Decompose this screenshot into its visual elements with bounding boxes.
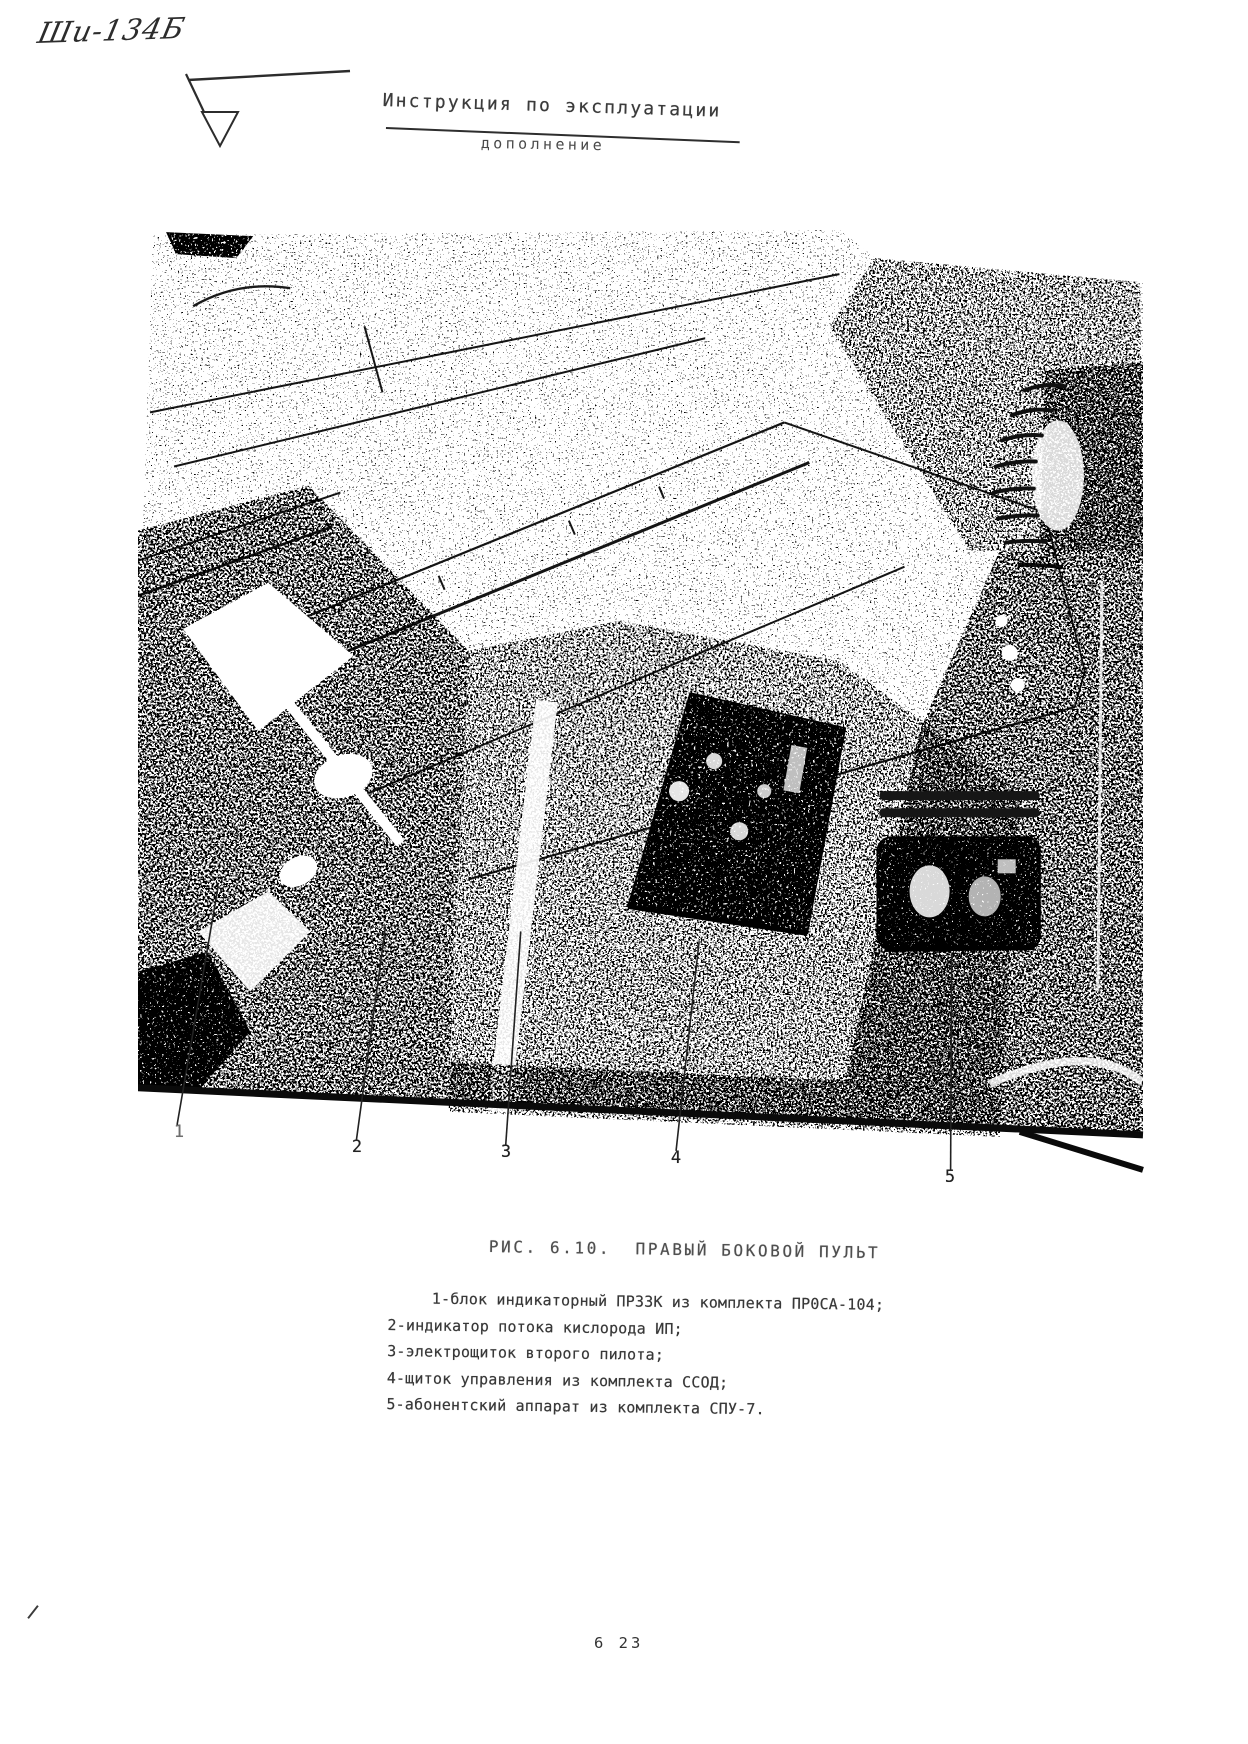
callout-number-4: 4 — [669, 1148, 683, 1168]
screw-highlight — [1002, 645, 1018, 661]
photo-bottomright-edge — [1020, 1132, 1143, 1170]
figure-caption: РИС. 6.10. ПРАВЫЙ БОКОВОЙ ПУЛЬТ — [489, 1237, 881, 1262]
document-title: Инструкция по эксплуатации — [382, 90, 721, 122]
stamp-overline — [188, 71, 350, 80]
legend-item: 5-абонентский аппарат из комплекта СПУ-7… — [386, 1395, 883, 1428]
handwritten-stamp — [178, 58, 378, 153]
control-panel-group — [877, 791, 1039, 949]
screw-highlight — [1011, 678, 1025, 692]
manual-page: { "page": { "colors": { "paper": "#fffff… — [0, 0, 1248, 1744]
callout-number-1: 1 — [172, 1122, 186, 1142]
cockpit-photo — [138, 230, 1150, 1182]
callout-number-5: 5 — [943, 1167, 957, 1187]
stamp-code: Шu-134Б — [35, 11, 189, 50]
figure-legend: 1-блок индикаторный ПР33К из комплекта П… — [386, 1289, 884, 1428]
corner-pen-tick — [27, 1605, 38, 1619]
document-subtitle: дополнение — [481, 134, 606, 154]
screw-highlight — [996, 615, 1008, 627]
callout-number-2: 2 — [350, 1137, 364, 1157]
callout-number-3: 3 — [499, 1142, 513, 1162]
stamp-triangle-icon — [202, 112, 238, 146]
page-number: 6 23 — [594, 1634, 643, 1652]
